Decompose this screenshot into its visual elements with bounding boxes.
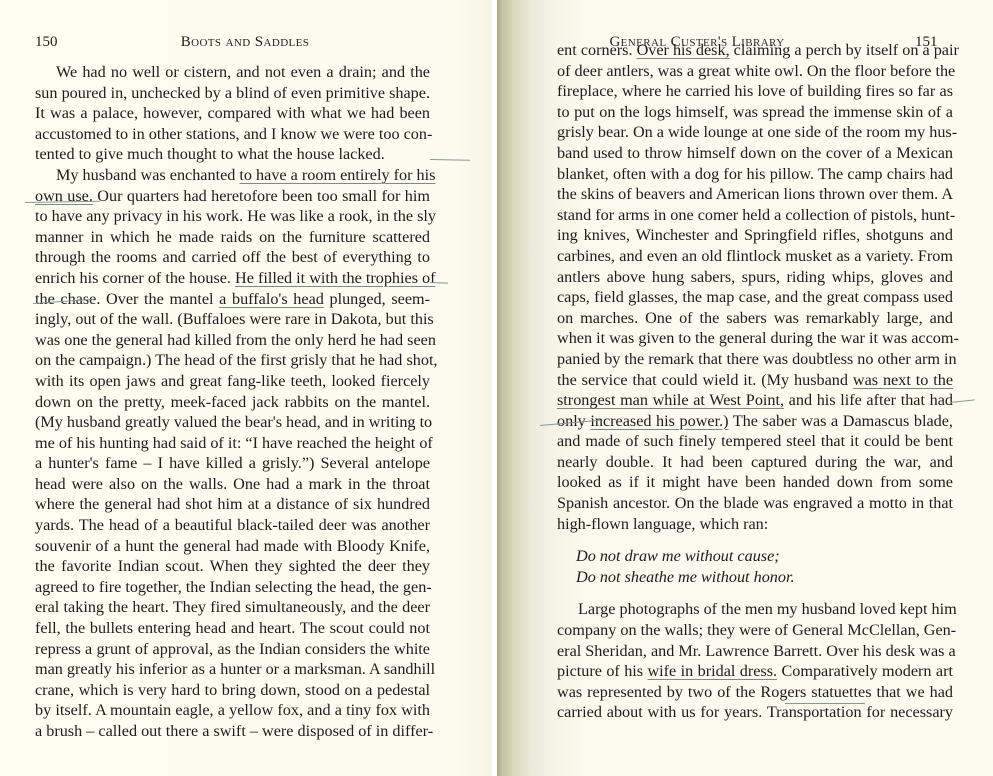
text-line: Spanish ancestor. On the blade was engra… <box>557 493 953 514</box>
text-line: blanket, often with a dog for his pillow… <box>557 164 953 185</box>
text-line: accustomed to in other stations, and I k… <box>35 124 430 145</box>
text-line-underlined: ent corners. Over his desk, claiming a p… <box>557 40 953 61</box>
pencil-stroke <box>785 703 865 704</box>
text-line-underlined: enrich his corner of the house. He fille… <box>35 268 430 289</box>
text-line: where the general had shot him at a dist… <box>35 494 430 515</box>
text-segment: enrich his corner of the house. <box>35 269 235 287</box>
underlined-passage: was next to the <box>853 371 953 389</box>
text-line: high-flown language, which ran: <box>557 514 953 535</box>
text-line: me of his hunting had said of it: “I hav… <box>35 433 430 454</box>
spacer <box>557 534 953 546</box>
spacer <box>557 587 953 599</box>
right-body-text: ent corners. Over his desk, claiming a p… <box>557 40 953 723</box>
text-segment: plunged, seem- <box>324 290 430 308</box>
motto-line: Do not draw me without cause; <box>557 546 953 567</box>
text-line: antlers above hung sabers, spurs, riding… <box>557 267 953 288</box>
text-line: when it was given to the general during … <box>557 328 953 349</box>
text-line: with its open jaws and great fang-like t… <box>35 371 430 392</box>
text-segment: the chase. Over the mantel <box>35 290 219 308</box>
text-line: to have any privacy in his work. He was … <box>35 206 430 227</box>
text-line: fell, the bullets entering head and hear… <box>35 618 430 639</box>
gutter-shadow <box>497 0 507 776</box>
text-line: yards. The head of a beautiful black-tai… <box>35 515 430 536</box>
underlined-passage: Over his desk, <box>637 41 730 59</box>
text-line: and made of such finely tempered steel t… <box>557 431 953 452</box>
text-segment: the service that could wield it. (My hus… <box>557 371 853 389</box>
text-line: fireplace, where he carried his love of … <box>557 81 953 102</box>
text-line: carried about with us for years. Transpo… <box>557 702 953 723</box>
text-line: grisly bear. On a wide lounge at one sid… <box>557 122 953 143</box>
text-line: by itself. A mountain eagle, a yellow fo… <box>35 700 430 721</box>
text-line-underlined: the service that could wield it. (My hus… <box>557 370 953 391</box>
text-line: agreed to fire together, the Indian sele… <box>35 577 430 598</box>
text-line: of deer antlers, was a great white owl. … <box>557 61 953 82</box>
page-edge <box>490 0 497 776</box>
text-line: band used to throw himself down on the c… <box>557 143 953 164</box>
book-spread: 150 Boots and Saddles We had no well or … <box>0 0 993 776</box>
text-segment: ent corners. <box>557 41 637 59</box>
text-line: a brush – called out there a swift – wer… <box>35 721 430 742</box>
underlined-passage: He filled it with the trophies of <box>235 269 436 287</box>
text-line: on marches. One of the sabers was remark… <box>557 308 953 329</box>
text-line: was represented by two of the Rogers sta… <box>557 682 953 703</box>
underlined-passage: a buffalo's head <box>219 290 324 308</box>
text-line: manner in which he made raids on the fur… <box>35 227 430 248</box>
text-line: repress a grunt of approval, as the Indi… <box>35 639 430 660</box>
text-line-underlined: own use. Our quarters had heretofore bee… <box>35 186 430 207</box>
text-line: to put on the logs himself, was spread t… <box>557 102 953 123</box>
text-line: looked as if it might have been handed d… <box>557 472 953 493</box>
text-line: the skins of beavers and American lions … <box>557 184 953 205</box>
left-running-head: Boots and Saddles <box>0 34 490 54</box>
underlined-passage: to have a room entirely for his <box>239 166 435 184</box>
text-line: Large photographs of the men my husband … <box>557 599 953 620</box>
text-line: souvenir of a hunt the general had made … <box>35 536 430 557</box>
text-line: ingly, out of the wall. (Buffaloes were … <box>35 309 430 330</box>
text-line: through the rooms and carried off the be… <box>35 247 430 268</box>
text-line: nearly double. It had been captured duri… <box>557 452 953 473</box>
text-line: It was a palace, however, compared with … <box>35 103 430 124</box>
underlined-passage: wife in bridal dress. <box>647 662 777 680</box>
text-line: crane, which is very hard to bring down,… <box>35 680 430 701</box>
text-line: tented to give much thought to what the … <box>35 144 430 165</box>
text-line: a hunter's fame – I have killed a grisly… <box>35 453 430 474</box>
text-segment: and his life after that had <box>784 391 953 409</box>
text-line: man greatly his inferior as a hunter or … <box>35 659 430 680</box>
text-line: We had no well or cistern, and not even … <box>35 62 430 83</box>
motto-line: Do not sheathe me without honor. <box>557 567 953 588</box>
text-segment: My husband was enchanted <box>56 166 239 184</box>
text-line: company on the walls; they were of Gener… <box>557 620 953 641</box>
text-line: head were also on the walls. One had a m… <box>35 474 430 495</box>
text-line-underlined: the chase. Over the mantel a buffalo's h… <box>35 289 430 310</box>
left-body-text: We had no well or cistern, and not even … <box>35 62 430 742</box>
text-line: eral Sheridan, and Mr. Lawrence Barrett.… <box>557 641 953 662</box>
text-line: panied by the remark that there was doub… <box>557 349 953 370</box>
text-line: ing knives, Winchester and Springfield r… <box>557 225 953 246</box>
text-line: eral taking the heart. They fired simult… <box>35 597 430 618</box>
text-line: sun poured in, unchecked by a blind of e… <box>35 83 430 104</box>
underlined-passage: increased his power.) <box>590 412 728 430</box>
text-segment: Our quarters had heretofore been too sma… <box>93 187 430 205</box>
text-line: caps, field glasses, the map case, and t… <box>557 287 953 308</box>
text-segment: picture of his <box>557 662 647 680</box>
text-line: stand for arms in one comer held a colle… <box>557 205 953 226</box>
text-line: was one the general had killed from the … <box>35 330 430 351</box>
text-line-underlined: My husband was enchanted to have a room … <box>35 165 430 186</box>
text-segment: claiming a perch by itself on a pair <box>730 41 959 59</box>
underlined-passage: strongest man while at West Point, <box>557 391 784 409</box>
text-segment: The saber was a Damascus blade, <box>729 412 953 430</box>
text-line: down on the pretty, meek-faced jack rabb… <box>35 392 430 413</box>
text-line: (My husband greatly valued the bear's he… <box>35 412 430 433</box>
text-line-underlined: only increased his power.) The saber was… <box>557 411 953 432</box>
text-segment: Comparatively modern art <box>777 662 953 680</box>
text-line-underlined: picture of his wife in bridal dress. Com… <box>557 661 953 682</box>
text-line-underlined: strongest man while at West Point, and h… <box>557 390 953 411</box>
text-line: on the campaign.) The head of the first … <box>35 350 430 371</box>
text-line: the favorite Indian scout. When they sig… <box>35 556 430 577</box>
text-line: carbines, and even an old flintlock musk… <box>557 246 953 267</box>
